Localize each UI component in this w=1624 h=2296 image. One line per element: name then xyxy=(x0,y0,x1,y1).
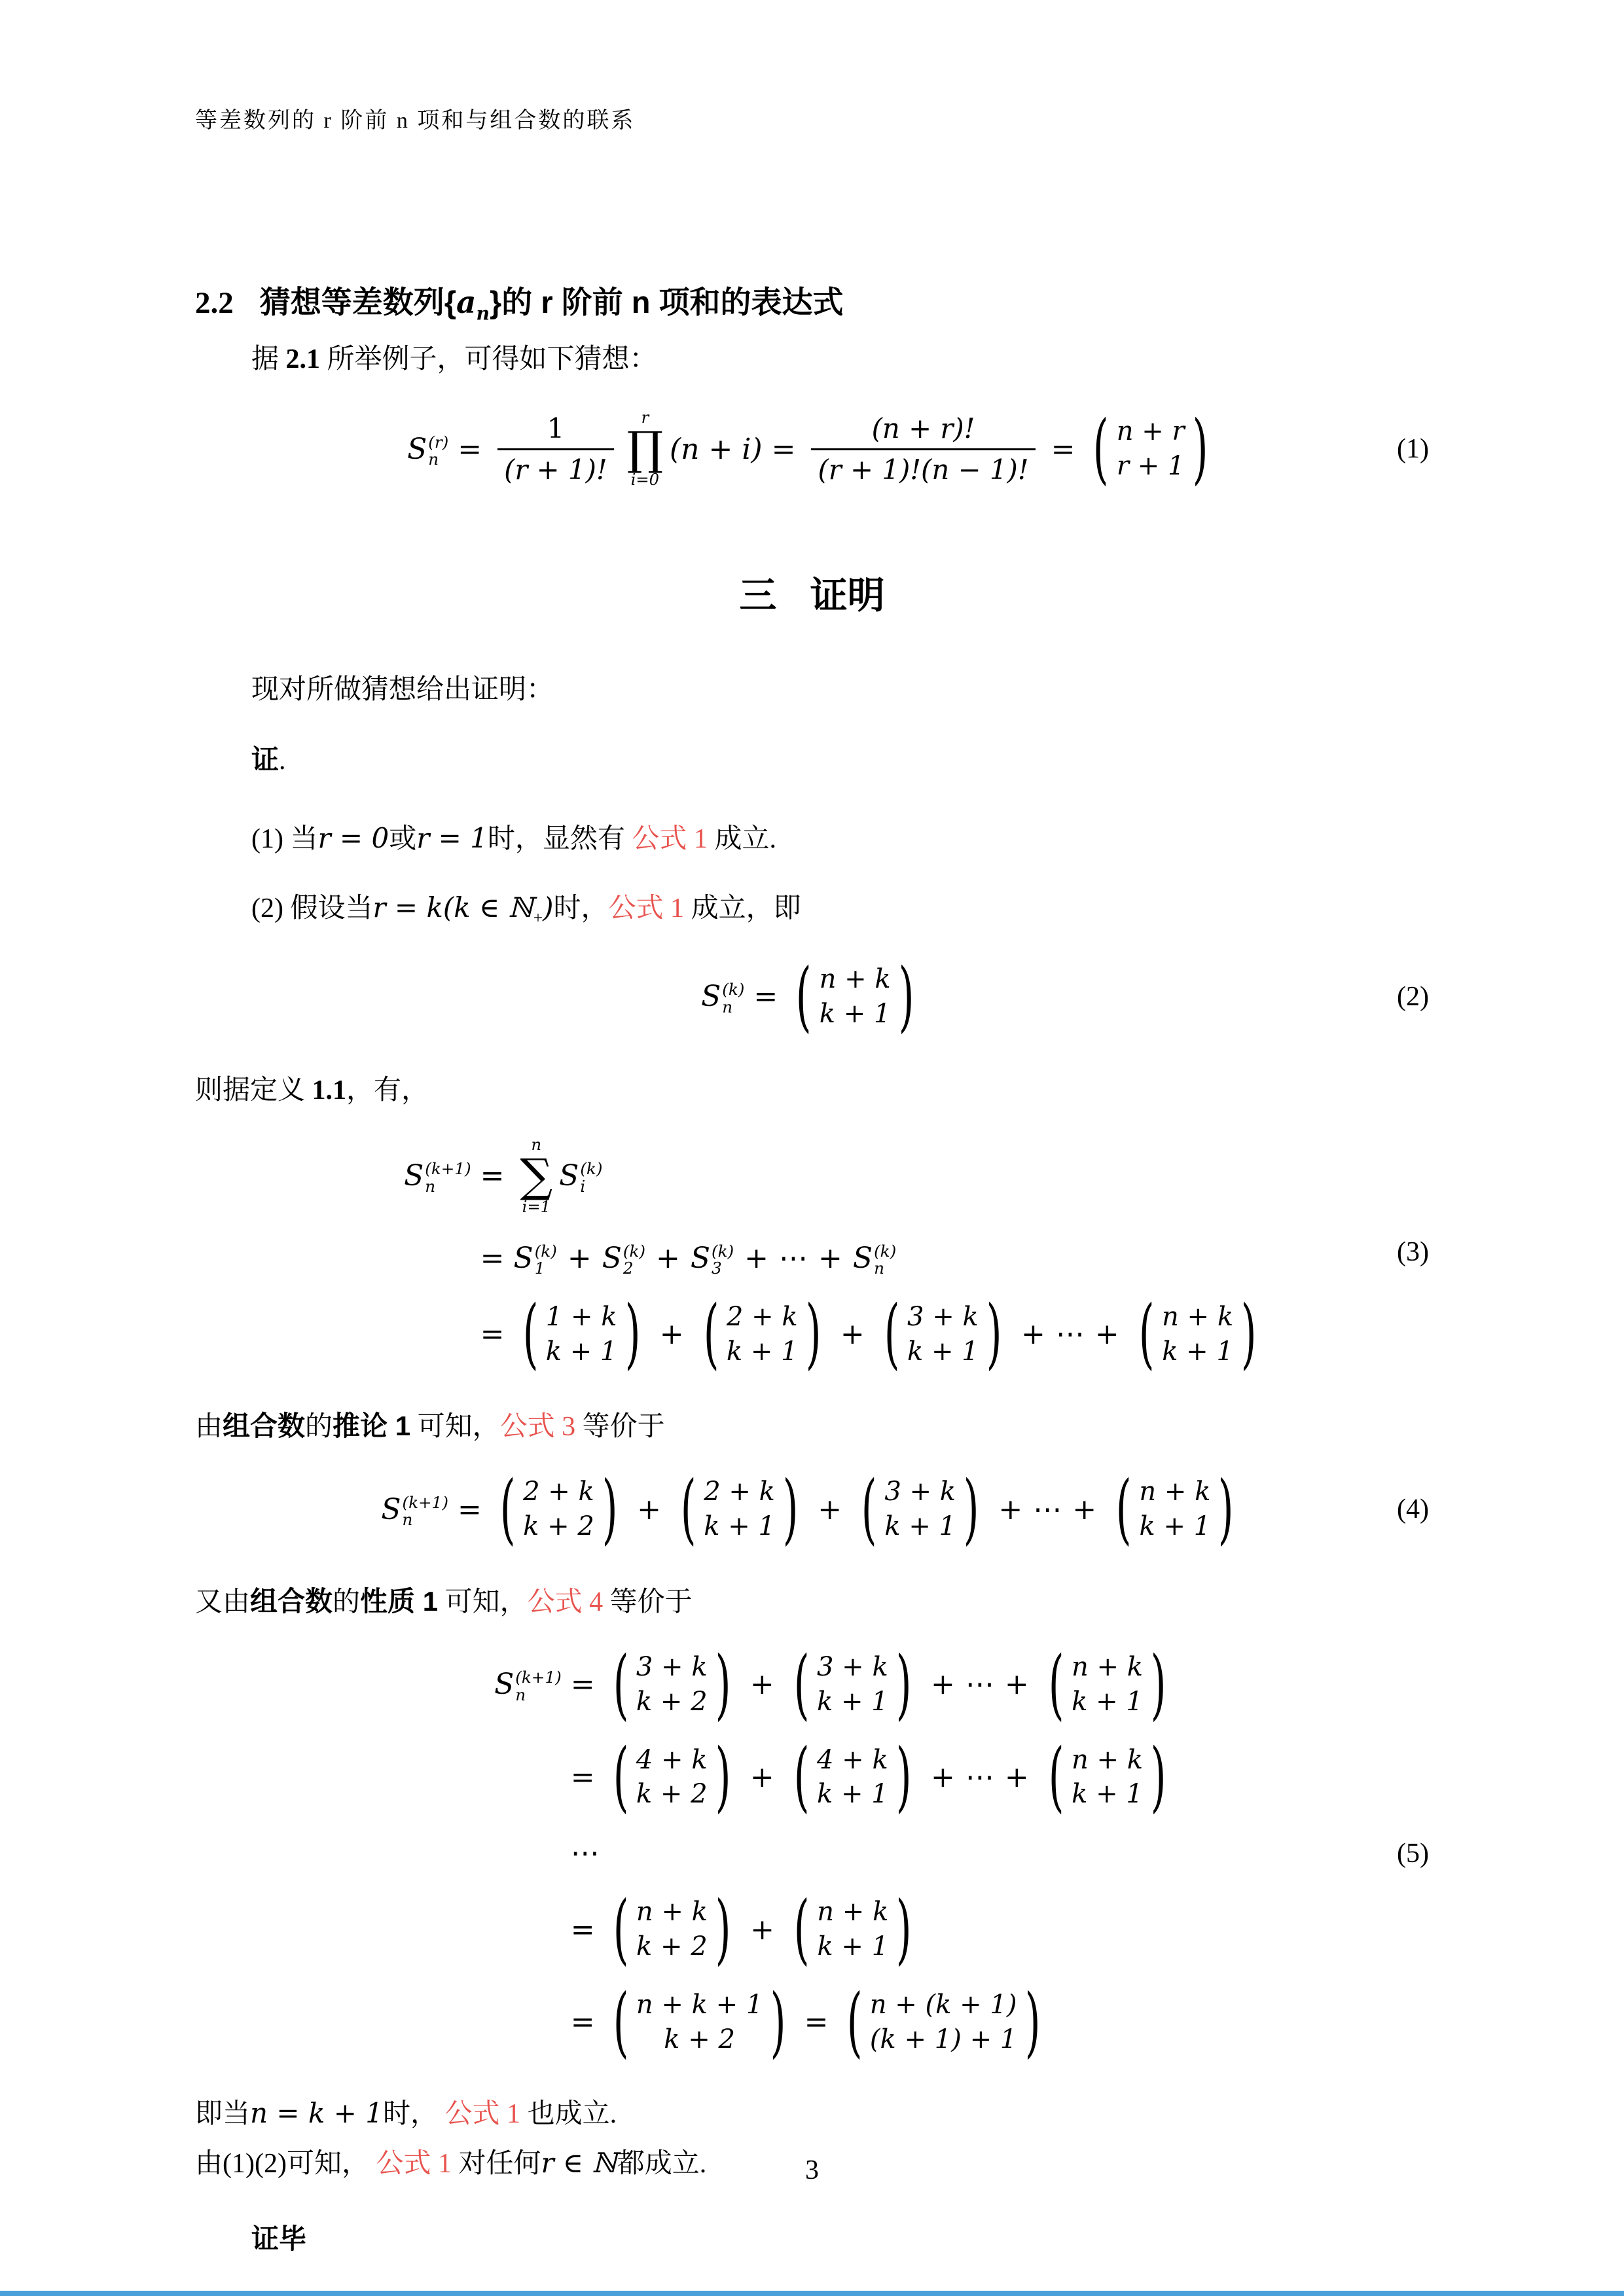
s-term: S(k)1 xyxy=(514,1240,557,1276)
math-token: (k) xyxy=(580,1160,602,1178)
paragraph-definition: 则据定义 1.1，有， xyxy=(195,1071,1429,1111)
binomial-coefficient: (1 + kk + 1) xyxy=(516,1300,647,1369)
math-token: S xyxy=(381,1492,401,1528)
equation-number: (5) xyxy=(1397,1838,1429,1869)
equation-number: (4) xyxy=(1397,1494,1429,1525)
text-run: 成立. xyxy=(708,824,776,854)
text-run: 即当 xyxy=(195,2099,250,2129)
math-token: (r + 1)!(n − 1)! xyxy=(811,448,1035,488)
equation-4: S (k+1)n = (2 + kk + 2) + (2 + kk + 1) +… xyxy=(195,1475,1429,1544)
section-title-part: }的 r 阶前 n 项和的表达式 xyxy=(490,285,844,319)
plus-sign: + xyxy=(1021,1316,1045,1352)
binomial-coefficient: (n + kk + 2) xyxy=(607,1895,738,1964)
text-run: 或 xyxy=(389,824,416,854)
plus-sign: + xyxy=(656,1240,680,1276)
paragraph-case-1: (1) 当r = 0或r = 1时，显然有 公式 1 成立. xyxy=(195,819,1429,859)
equals-sign: = xyxy=(571,1666,595,1702)
math-token: 4 + k xyxy=(817,1743,888,1778)
math-token: n + k xyxy=(1072,1650,1143,1685)
text-run: 的 xyxy=(333,1587,360,1617)
big-paren: ) xyxy=(1151,1748,1166,1807)
math-token: S xyxy=(407,431,427,467)
math-token: k + 1 xyxy=(820,997,891,1031)
s-term: S (k)n xyxy=(701,978,744,1014)
binomial-coefficient: (2 + kk + 1) xyxy=(674,1475,804,1544)
big-paren: ) xyxy=(715,1655,731,1714)
binomial-coefficient: (4 + kk + 1) xyxy=(787,1743,918,1812)
math-token: (k) xyxy=(535,1243,557,1261)
text-run: 时，显然有 xyxy=(488,824,632,854)
math-token: n xyxy=(874,1260,884,1278)
math-token: k + 2 xyxy=(636,1685,708,1719)
text-run: 可知， xyxy=(410,1412,500,1442)
page-number: 3 xyxy=(0,2155,1624,2186)
math-token: k + 1 xyxy=(1162,1335,1233,1369)
math-token: n xyxy=(425,1178,435,1196)
equals-sign: = xyxy=(480,1158,505,1194)
big-paren: ( xyxy=(796,967,812,1026)
big-paren: ) xyxy=(898,967,914,1026)
plus-sign: + xyxy=(660,1316,684,1352)
page-number-value: 3 xyxy=(805,2155,819,2185)
equation-2: S (k)n = ( n + kk + 1 ) (2) xyxy=(195,962,1429,1031)
math-token: k + 2 xyxy=(636,1777,708,1812)
equals-sign: = xyxy=(458,431,482,467)
text-run: 证毕 xyxy=(251,2223,306,2254)
formula-ref-link[interactable]: 公式 1 xyxy=(609,893,685,924)
math-token: S xyxy=(701,978,721,1014)
big-paren: ) xyxy=(624,1304,640,1364)
math-token: r = k(k ∈ ℕ xyxy=(372,891,533,924)
math-token: k + 1 xyxy=(1072,1777,1143,1812)
math-token: (k) xyxy=(623,1243,645,1261)
math-token: n + k xyxy=(817,1895,888,1929)
math-token: n xyxy=(722,999,732,1016)
text-run: 又由 xyxy=(195,1587,250,1617)
math-token: k + 2 xyxy=(664,2022,735,2057)
math-token: 2 + k xyxy=(523,1475,594,1509)
plus-sign: + xyxy=(840,1316,865,1352)
binomial-coefficient: (3 + kk + 1) xyxy=(787,1650,918,1719)
math-token: 2 + k xyxy=(727,1300,798,1335)
math-token: k + 2 xyxy=(636,1929,708,1964)
page-content: 等差数列的 r 阶前 n 项和与组合数的联系 2.2猜想等差数列{an}的 r … xyxy=(195,0,1429,2259)
big-paren: ( xyxy=(793,1748,809,1807)
binomial-coefficient: (2 + kk + 1) xyxy=(697,1300,827,1369)
big-paren: ) xyxy=(805,1304,821,1364)
text-run: 等价于 xyxy=(575,1412,665,1442)
term-bold: 推论 1 xyxy=(333,1410,410,1441)
big-paren: ( xyxy=(522,1304,538,1364)
math-token: 4 + k xyxy=(636,1743,708,1778)
binomial-coefficient: (n + (k + 1)(k + 1) + 1) xyxy=(840,1988,1047,2057)
s-term: S (r)n xyxy=(407,431,448,467)
equation-5-body: S (k+1)n = (3 + kk + 2) + (3 + kk + 1) +… xyxy=(195,1650,1429,2057)
math-token: i=1 xyxy=(522,1198,550,1217)
formula-ref-link[interactable]: 公式 3 xyxy=(500,1412,576,1442)
math-token: k + 1 xyxy=(884,1509,956,1544)
big-paren: ) xyxy=(895,1748,911,1807)
product-operator: r ∏ i=0 xyxy=(627,408,663,490)
math-token: k + 1 xyxy=(704,1509,775,1544)
equation-3: S (k+1)n = n ∑ i=1 S xyxy=(195,1136,1429,1369)
equation-1: S (r)n = 1 (r + 1)! r ∏ i=0 (n + i) = (n… xyxy=(195,408,1429,490)
big-paren: ) xyxy=(986,1304,1002,1364)
running-header: 等差数列的 r 阶前 n 项和与组合数的联系 xyxy=(195,102,1429,134)
math-token: (k) xyxy=(874,1243,896,1261)
math-token: n + r xyxy=(1117,414,1185,449)
math-token: (r + 1)! xyxy=(497,448,614,488)
big-paren: ) xyxy=(896,1900,912,1960)
big-paren: ( xyxy=(703,1304,719,1364)
plus-sign: + xyxy=(1095,1316,1119,1352)
math-token: n + k xyxy=(636,1895,708,1929)
math-token: (n + r)! xyxy=(865,411,982,448)
plus-sign: + xyxy=(568,1240,592,1276)
binomial-coefficient: (n + k + 1k + 2) xyxy=(607,1988,793,2057)
math-token: 1 xyxy=(535,1260,545,1278)
math-token: (k) xyxy=(722,981,744,999)
s-term: S(k)3 xyxy=(691,1240,734,1276)
math-token: 1 xyxy=(541,411,571,448)
math-token: k + 1 xyxy=(817,1685,888,1719)
equation-3-body: S (k+1)n = n ∑ i=1 S xyxy=(195,1136,1429,1369)
math-token: S xyxy=(494,1666,514,1702)
document-page: 等差数列的 r 阶前 n 项和与组合数的联系 2.2猜想等差数列{an}的 r … xyxy=(0,0,1624,2296)
term-bold: 性质 1 xyxy=(360,1586,438,1617)
big-paren: ) xyxy=(1218,1480,1234,1539)
section-3-heading: 三证明 xyxy=(195,565,1429,619)
binomial-coefficient: ( n + kk + 1 ) xyxy=(789,962,920,1031)
math-token: i=0 xyxy=(631,471,659,490)
math-token: i xyxy=(580,1178,585,1196)
cdots: ⋯ xyxy=(779,1240,808,1276)
math-token: 3 + k xyxy=(817,1650,888,1685)
text-run: 也成立. xyxy=(520,2099,617,2129)
math-token: (r) xyxy=(428,434,448,452)
fraction: (n + r)! (r + 1)!(n − 1)! xyxy=(811,411,1035,488)
paragraph-case-2: (2) 假设当r = k(k ∈ ℕ+)时，公式 1 成立，即 xyxy=(195,888,1429,931)
math-token: k + 2 xyxy=(523,1509,594,1544)
math-token: 1 + k xyxy=(546,1300,617,1335)
equals-sign: = xyxy=(480,1316,505,1352)
big-paren: ( xyxy=(1093,420,1109,479)
big-paren: ) xyxy=(1024,1993,1040,2053)
big-paren: ) xyxy=(770,1993,786,2053)
big-paren: ) xyxy=(783,1480,799,1539)
big-paren: ( xyxy=(884,1304,900,1364)
math-token: n xyxy=(403,1511,413,1529)
math-token: S xyxy=(404,1158,424,1194)
text-run: 由 xyxy=(195,1412,223,1442)
math-token: r = 1 xyxy=(416,822,488,854)
big-paren: ) xyxy=(1151,1655,1166,1714)
equals-sign: = xyxy=(753,978,778,1014)
text-run: ，有， xyxy=(346,1075,429,1105)
big-paren: ) xyxy=(895,1655,911,1714)
paragraph-corollary: 由组合数的推论 1 可知，公式 3 等价于 xyxy=(195,1407,1429,1447)
big-paren: ( xyxy=(613,1748,628,1807)
equals-sign: = xyxy=(480,1240,505,1276)
big-paren: ) xyxy=(602,1480,618,1539)
text-run: 据 xyxy=(251,344,286,374)
big-paren: ) xyxy=(1241,1304,1257,1364)
math-token: n + k xyxy=(820,962,891,997)
section-2-2-heading: 2.2猜想等差数列{an}的 r 阶前 n 项和的表达式 xyxy=(195,278,1429,324)
big-paren: ( xyxy=(613,1900,628,1960)
cdots: ⋯ xyxy=(1056,1316,1085,1352)
math-token: 3 + k xyxy=(636,1650,708,1685)
plus-sign: + xyxy=(931,1666,955,1702)
s-term: S (k+1)n xyxy=(404,1158,471,1194)
plus-sign: + xyxy=(1072,1492,1096,1528)
ref-number: 1.1 xyxy=(312,1075,347,1105)
math-token: (k+1) xyxy=(515,1669,561,1687)
math-token: k + 1 xyxy=(727,1335,798,1369)
equation-1-body: S (r)n = 1 (r + 1)! r ∏ i=0 (n + i) = (n… xyxy=(195,408,1429,490)
math-token: ) xyxy=(543,891,553,924)
big-paren: ( xyxy=(1116,1480,1132,1539)
big-paren: ) xyxy=(1192,420,1208,479)
math-token: n + k + 1 xyxy=(636,1988,763,2022)
bottom-window-edge xyxy=(0,2291,1624,2296)
plus-sign: + xyxy=(750,1759,774,1795)
math-token: 2 xyxy=(623,1260,634,1278)
math-token: 3 + k xyxy=(907,1300,979,1335)
text-run: 所举例子，可得如下猜想： xyxy=(320,344,657,374)
formula-ref-link[interactable]: 公式 1 xyxy=(445,2099,521,2129)
math-token: r + 1 xyxy=(1117,449,1185,484)
math-token: S xyxy=(691,1240,710,1276)
math-token: + xyxy=(533,909,543,927)
math-token: 3 xyxy=(712,1260,722,1278)
math-token: (n + i) xyxy=(670,431,763,467)
big-paren: ( xyxy=(1139,1304,1155,1364)
paragraph-property: 又由组合数的性质 1 可知，公式 4 等价于 xyxy=(195,1582,1429,1623)
big-paren: ( xyxy=(846,1993,862,2053)
equation-2-body: S (k)n = ( n + kk + 1 ) xyxy=(195,962,1429,1031)
equals-sign: = xyxy=(458,1492,482,1528)
big-paren: ( xyxy=(500,1480,516,1539)
math-token: S xyxy=(514,1240,533,1276)
big-paren: ) xyxy=(715,1748,731,1807)
sum-operator: n ∑ i=1 xyxy=(520,1136,553,1217)
math-token: k + 1 xyxy=(817,1929,888,1964)
text-run: 等价于 xyxy=(603,1587,693,1617)
text-run: 可知， xyxy=(438,1587,528,1617)
fraction: 1 (r + 1)! xyxy=(497,411,614,488)
big-paren: ( xyxy=(793,1655,809,1714)
equals-sign: = xyxy=(571,1759,595,1795)
section-title: 证明 xyxy=(810,575,885,617)
cdots: ⋯ xyxy=(965,1666,994,1702)
binomial-coefficient: (n + kk + 1) xyxy=(1110,1475,1240,1544)
cdots: ⋯ xyxy=(965,1759,994,1795)
ref-number: 2.1 xyxy=(286,344,321,374)
equals-sign: = xyxy=(772,431,796,467)
text-run: 现对所做猜想给出证明： xyxy=(251,675,554,705)
math-token: a xyxy=(456,285,476,321)
binomial-coefficient: (3 + kk + 2) xyxy=(607,1650,737,1719)
paragraph-proof-label: 证. xyxy=(195,740,1429,781)
big-paren: ( xyxy=(1048,1748,1064,1807)
math-token: k + 1 xyxy=(546,1335,617,1369)
text-run: 的 xyxy=(305,1412,333,1442)
equation-number: (3) xyxy=(1397,1236,1429,1268)
plus-sign: + xyxy=(750,1912,774,1948)
math-token: (k+1) xyxy=(403,1494,448,1512)
plus-sign: + xyxy=(744,1240,768,1276)
cdots: ⋯ xyxy=(1033,1492,1062,1528)
text-run: 成立，即 xyxy=(684,893,801,924)
equation-number: (1) xyxy=(1397,433,1429,465)
section-title-part: 猜想等差数列{ xyxy=(260,285,456,319)
text-run: 则据定义 xyxy=(195,1075,312,1105)
binomial-coefficient: (3 + kk + 1) xyxy=(878,1300,1008,1369)
s-term: S (k)i xyxy=(559,1158,602,1194)
running-header-title: 等差数列的 r 阶前 n 项和与组合数的联系 xyxy=(195,109,635,133)
big-paren: ) xyxy=(964,1480,979,1539)
binomial-coefficient: (n + kk + 1) xyxy=(1132,1300,1263,1369)
math-token: n xyxy=(428,451,439,469)
binomial-coefficient: (n + kk + 1) xyxy=(1042,1743,1173,1812)
math-token: 3 + k xyxy=(884,1475,956,1509)
math-token: k + 1 xyxy=(817,1777,888,1812)
text-run: 时， xyxy=(383,2099,445,2129)
math-token: n + k xyxy=(1162,1300,1233,1335)
text-run: (1) 当 xyxy=(251,824,317,854)
plus-sign: + xyxy=(1005,1666,1029,1702)
equals-sign: = xyxy=(571,1912,595,1948)
paragraph-proof-intro: 现对所做猜想给出证明： xyxy=(195,670,1429,710)
binomial-coefficient: (n + kk + 1) xyxy=(787,1895,918,1964)
s-term: S (k+1)n xyxy=(494,1666,562,1702)
text-run: . xyxy=(279,745,286,776)
paragraph-intro: 据 2.1 所举例子，可得如下猜想： xyxy=(195,340,1429,380)
math-token: n + k xyxy=(1139,1475,1210,1509)
math-token: S xyxy=(559,1158,579,1194)
plus-sign: + xyxy=(931,1759,955,1795)
section-number: 2.2 xyxy=(195,286,234,320)
big-paren: ( xyxy=(681,1480,696,1539)
math-token: n xyxy=(477,302,490,324)
binomial-coefficient: ( n + rr + 1 ) xyxy=(1087,414,1214,484)
math-token: n + (k + 1) xyxy=(870,1988,1017,2022)
math-token: n = k + 1 xyxy=(250,2097,383,2129)
equation-5: S (k+1)n = (3 + kk + 2) + (3 + kk + 1) +… xyxy=(195,1650,1429,2057)
term-bold: 组合数 xyxy=(223,1410,305,1441)
plus-sign: + xyxy=(998,1492,1022,1528)
equation-4-body: S (k+1)n = (2 + kk + 2) + (2 + kk + 1) +… xyxy=(195,1475,1429,1544)
math-token: 2 + k xyxy=(704,1475,775,1509)
binomial-coefficient: (3 + kk + 1) xyxy=(855,1475,985,1544)
text-run: 时， xyxy=(554,893,609,924)
formula-ref-link[interactable]: 公式 4 xyxy=(528,1587,604,1617)
math-token: (k+1) xyxy=(425,1160,471,1178)
math-token: S xyxy=(602,1240,622,1276)
binomial-coefficient: (4 + kk + 2) xyxy=(607,1743,737,1812)
plus-sign: + xyxy=(750,1666,774,1702)
big-paren: ( xyxy=(794,1900,810,1960)
plus-sign: + xyxy=(637,1492,661,1528)
equals-sign: = xyxy=(804,2004,829,2040)
math-token: (k) xyxy=(712,1243,734,1261)
binomial-coefficient: (2 + kk + 2) xyxy=(494,1475,624,1544)
product-symbol: ∏ xyxy=(627,427,663,471)
math-token: r = 0 xyxy=(317,822,389,854)
cdots: ⋯ xyxy=(571,1835,600,1871)
big-paren: ( xyxy=(1048,1655,1064,1714)
math-token: S xyxy=(853,1240,873,1276)
big-paren: ( xyxy=(613,1993,628,2053)
section-number: 三 xyxy=(739,575,776,617)
term-bold: 组合数 xyxy=(250,1586,333,1617)
big-paren: ( xyxy=(861,1480,877,1539)
s-term: S (k+1)n xyxy=(381,1492,448,1528)
paragraph-conclusion-1: 即当n = k + 1时， 公式 1 也成立. xyxy=(195,2094,1429,2134)
s-term: S(k)2 xyxy=(602,1240,645,1276)
math-token: (k + 1) + 1 xyxy=(870,2022,1017,2057)
plus-sign: + xyxy=(1005,1759,1029,1795)
text-run: (2) 假设当 xyxy=(251,893,372,924)
proof-label: 证 xyxy=(251,744,279,775)
big-paren: ( xyxy=(613,1655,628,1714)
big-paren: ) xyxy=(715,1900,731,1960)
formula-ref-link[interactable]: 公式 1 xyxy=(632,824,708,854)
binomial-coefficient: (n + kk + 1) xyxy=(1042,1650,1173,1719)
qed-label: 证毕 xyxy=(195,2219,1429,2259)
sum-symbol: ∑ xyxy=(520,1155,553,1198)
math-token: k + 1 xyxy=(907,1335,979,1369)
math-token: n xyxy=(515,1687,526,1704)
math-token: k + 1 xyxy=(1072,1685,1143,1719)
s-term: S(k)n xyxy=(853,1240,896,1276)
equals-sign: = xyxy=(571,2004,595,2040)
equation-number: (2) xyxy=(1397,981,1429,1013)
plus-sign: + xyxy=(818,1240,842,1276)
math-token: n + k xyxy=(1072,1743,1143,1778)
math-token: k + 1 xyxy=(1140,1509,1211,1544)
equals-sign: = xyxy=(1051,431,1075,467)
plus-sign: + xyxy=(818,1492,842,1528)
